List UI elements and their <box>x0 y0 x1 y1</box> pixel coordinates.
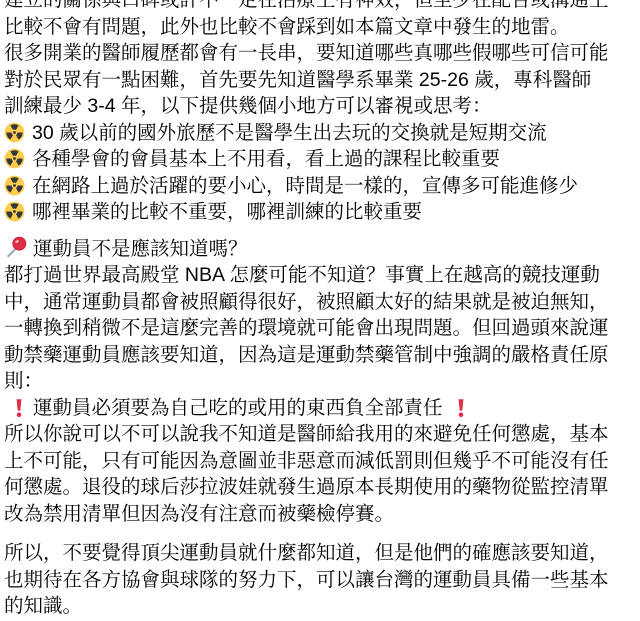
section-heading-text: 運動員不是應該知道嗎？ <box>33 238 248 260</box>
bullet-text: 30 歲以前的國外旅歷不是醫學生出去玩的交換就是短期交流 <box>32 122 547 144</box>
paragraph-gap <box>4 226 638 236</box>
text-line: 對於民眾有一點困難，首先要先知道醫學系畢業 25-26 歲，專科醫師 <box>4 67 638 94</box>
para2-line-1: 所以你說可以不可以說我不知道是醫師給我用的來避免任何懲處，基本 <box>4 423 609 445</box>
text-line: 一轉換到稍微不是這麼完善的環境就可能會出現問題。但回過頭來說運 <box>4 315 638 342</box>
intro-line-2: 比較不會有問題，此外也比較不會踩到如本篇文章中發生的地雷。 <box>4 16 570 38</box>
closing-line-3: 的知識。 <box>4 595 82 617</box>
text-line: 則： <box>4 368 638 395</box>
exclamation-icon <box>451 398 471 418</box>
text-line: 動禁藥運動員應該要知道，因為這是運動禁藥管制中強調的嚴格責任原 <box>4 342 638 369</box>
para1-line-2: 中，通常運動員都會被照顧得很好，被照顧太好的結果就是被迫無知， <box>4 291 609 313</box>
bullet-item: 在網路上過於活躍的要小心，時間是一樣的，宣傳多可能進修少 <box>4 173 638 200</box>
bullet-item: 30 歲以前的國外旅歷不是醫學生出去玩的交換就是短期交流 <box>4 120 638 147</box>
text-line: 何懲處。退役的球后莎拉波娃就發生過原本長期使用的藥物從監控清單 <box>4 474 638 501</box>
para1-line-5: 則： <box>4 370 43 392</box>
text-line: 建立的關係與口碑或許不一定在治療上有神效，但至少在配合或溝通上 <box>4 0 638 14</box>
radioactive-icon <box>4 148 25 169</box>
text-line: 改為禁用清單但因為沒有注意而被藥檢停賽。 <box>4 501 638 528</box>
bullet-text: 在網路上過於活躍的要小心，時間是一樣的，宣傳多可能進修少 <box>32 175 578 197</box>
text-line: 很多開業的醫師履歷都會有一長串，要知道哪些真哪些假哪些可信可能 <box>4 40 638 67</box>
text-line: 上不可能，只有可能因為意圖並非惡意而減低罰則但幾乎不可能沒有任 <box>4 448 638 475</box>
exclamation-icon <box>9 398 29 418</box>
emphasis-line: 運動員必須要為自己吃的或用的東西負全部責任 <box>4 395 638 422</box>
radioactive-icon <box>4 122 25 143</box>
radioactive-icon <box>4 175 25 196</box>
text-line: 比較不會有問題，此外也比較不會踩到如本篇文章中發生的地雷。 <box>4 14 638 41</box>
closing-line-2: 也期待在各方協會與球隊的努力下，可以讓台灣的運動員具備一些基本 <box>4 569 609 591</box>
para1-line-3: 一轉換到稍微不是這麼完善的環境就可能會出現問題。但回過頭來說運 <box>4 317 609 339</box>
text-line: 的知識。 <box>4 593 638 620</box>
text-line: 所以，不要覺得頂尖運動員就什麼都知道，但是他們的確應該要知道， <box>4 540 638 567</box>
intro-line-4: 對於民眾有一點困難，首先要先知道醫學系畢業 25-26 歲，專科醫師 <box>4 69 591 91</box>
intro-line-1: 建立的關係與口碑或許不一定在治療上有神效，但至少在配合或溝通上 <box>4 0 609 11</box>
intro-line-3: 很多開業的醫師履歷都會有一長串，要知道哪些真哪些假哪些可信可能 <box>4 42 609 64</box>
intro-line-5: 訓練最少 3-4 年，以下提供幾個小地方可以審視或思考： <box>4 95 492 117</box>
pushpin-icon <box>4 236 27 259</box>
text-line: 訓練最少 3-4 年，以下提供幾個小地方可以審視或思考： <box>4 93 638 120</box>
text-line: 中，通常運動員都會被照顧得很好，被照顧太好的結果就是被迫無知， <box>4 289 638 316</box>
closing-line-1: 所以，不要覺得頂尖運動員就什麼都知道，但是他們的確應該要知道， <box>4 542 609 564</box>
radioactive-icon <box>4 201 25 222</box>
text-line: 也期待在各方協會與球隊的努力下，可以讓台灣的運動員具備一些基本 <box>4 567 638 594</box>
bullet-text: 各種學會的會員基本上不用看，看上過的課程比較重要 <box>32 148 500 170</box>
section-heading: 運動員不是應該知道嗎？ <box>4 236 638 263</box>
para2-line-3: 何懲處。退役的球后莎拉波娃就發生過原本長期使用的藥物從監控清單 <box>4 476 609 498</box>
paragraph-gap <box>4 527 638 540</box>
para2-line-4: 改為禁用清單但因為沒有注意而被藥檢停賽。 <box>4 503 394 525</box>
emphasis-text: 運動員必須要為自己吃的或用的東西負全部責任 <box>33 397 443 419</box>
post-text-body: 建立的關係與口碑或許不一定在治療上有神效，但至少在配合或溝通上 比較不會有問題，… <box>0 0 640 620</box>
para1-line-4: 動禁藥運動員應該要知道，因為這是運動禁藥管制中強調的嚴格責任原 <box>4 344 609 366</box>
text-line: 都打過世界最高殿堂 NBA 怎麼可能不知道？事實上在越高的競技運動 <box>4 262 638 289</box>
para1-line-1: 都打過世界最高殿堂 NBA 怎麼可能不知道？事實上在越高的競技運動 <box>4 264 600 286</box>
para2-line-2: 上不可能，只有可能因為意圖並非惡意而減低罰則但幾乎不可能沒有任 <box>4 450 609 472</box>
bullet-item: 各種學會的會員基本上不用看，看上過的課程比較重要 <box>4 146 638 173</box>
text-line: 所以你說可以不可以說我不知道是醫師給我用的來避免任何懲處，基本 <box>4 421 638 448</box>
bullet-text: 哪裡畢業的比較不重要，哪裡訓練的比較重要 <box>32 201 422 223</box>
bullet-item: 哪裡畢業的比較不重要，哪裡訓練的比較重要 <box>4 199 638 226</box>
